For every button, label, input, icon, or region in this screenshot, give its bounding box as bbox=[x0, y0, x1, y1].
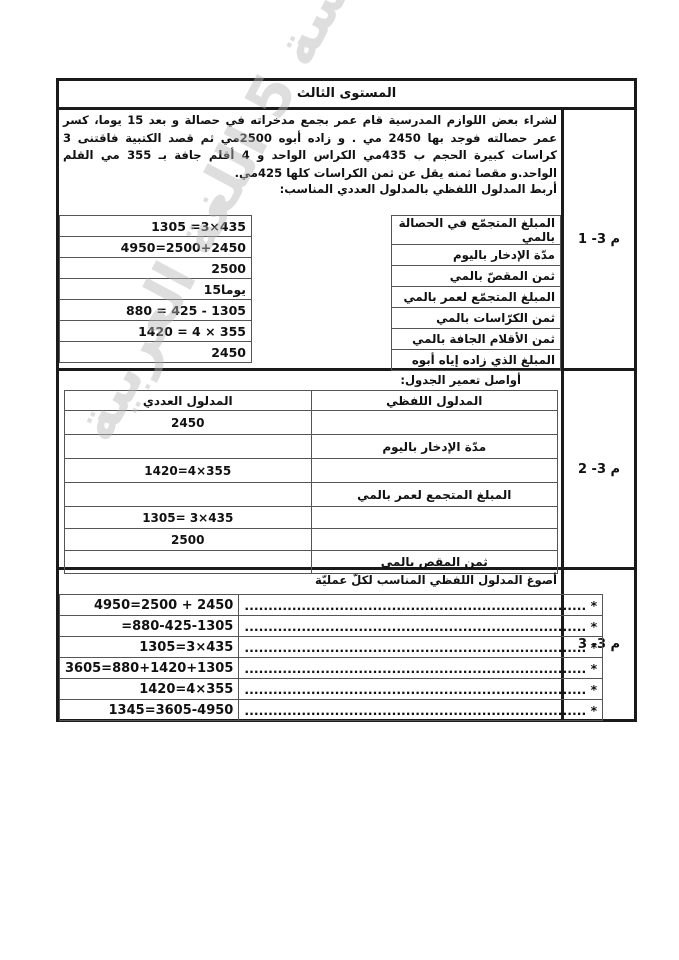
verbal-meaning: مدّة الإدخار باليوم bbox=[392, 245, 561, 266]
section-3-instruction: أصوغ المدلول اللفظي المناسب لكلّ عمليّة bbox=[59, 570, 561, 588]
numeric-values-table: 1305 =3×435 4950=2500+2450 2500 15يوما 8… bbox=[59, 215, 252, 363]
table-header-row: المدلول العددي المدلول اللفظي bbox=[65, 391, 558, 411]
table-row: ثمن الكرّاسات بالمي bbox=[392, 308, 561, 329]
answer-blank[interactable]: * ......................................… bbox=[239, 616, 603, 637]
section-1-content: لشراء بعض اللوازم المدرسية قام عمر بجمع … bbox=[59, 110, 561, 368]
section-1-instruction: أربط المدلول اللفظي بالمدلول العددي المن… bbox=[59, 182, 561, 197]
operations-table: 4950=2500 + 2450 * .....................… bbox=[59, 594, 603, 721]
header-numeric: المدلول العددي bbox=[65, 391, 312, 411]
section-2: م 3- 2 أواصل تعمير الجدول: المدلول العدد… bbox=[59, 371, 634, 570]
numeric-cell: 1420=4×355 bbox=[65, 459, 312, 483]
bullet-star: * bbox=[591, 661, 598, 676]
section-1: م 3- 1 لشراء بعض اللوازم المدرسية قام عم… bbox=[59, 110, 634, 371]
table-row: 1305= 3×435 bbox=[65, 507, 558, 529]
operation: 3605=880+1420+1305 bbox=[60, 658, 239, 679]
numeric-cell[interactable] bbox=[65, 483, 312, 507]
table-row: المبلغ الذي زاده إياه أبوه bbox=[392, 350, 561, 371]
table-row: 4950=2500+2450 bbox=[60, 237, 252, 258]
table-row: 880 = 425 - 1305 bbox=[60, 300, 252, 321]
answer-blank[interactable]: * ......................................… bbox=[239, 637, 603, 658]
table-row: 2450 bbox=[65, 411, 558, 435]
table-row: ثمن الأقلام الجافة بالمي bbox=[392, 329, 561, 350]
verbal-cell[interactable] bbox=[311, 459, 558, 483]
operation: =880-425-1305 bbox=[60, 616, 239, 637]
dotted-line: ........................................… bbox=[244, 661, 586, 676]
table-row: 1420=4×355 * ...........................… bbox=[60, 679, 603, 700]
table-row: 1420 = 4 × 355 bbox=[60, 321, 252, 342]
bullet-star: * bbox=[591, 703, 598, 718]
verbal-cell[interactable] bbox=[311, 507, 558, 529]
operation: 1345=3605-4950 bbox=[60, 700, 239, 721]
verbal-cell[interactable] bbox=[311, 529, 558, 551]
operation: 4950=2500 + 2450 bbox=[60, 595, 239, 616]
table-row: 3605=880+1420+1305 * ...................… bbox=[60, 658, 603, 679]
dotted-line: ........................................… bbox=[244, 640, 586, 655]
table-row: المبلغ المتجمّع في الحصالة بالمي bbox=[392, 216, 561, 245]
dotted-line: ........................................… bbox=[244, 703, 586, 718]
numeric-cell: 2500 bbox=[65, 529, 312, 551]
operation: 1420=4×355 bbox=[60, 679, 239, 700]
table-row: المبلغ المتجمع لعمر بالمي bbox=[65, 483, 558, 507]
bullet-star: * bbox=[591, 619, 598, 634]
table-row: المبلغ المتجمّع لعمر بالمي bbox=[392, 287, 561, 308]
dotted-line: ........................................… bbox=[244, 682, 586, 697]
numeric-cell[interactable] bbox=[65, 435, 312, 459]
verbal-meaning: ثمن الأقلام الجافة بالمي bbox=[392, 329, 561, 350]
numeric-value: 1420 = 4 × 355 bbox=[60, 321, 252, 342]
completion-table: المدلول العددي المدلول اللفظي 2450 مدّة … bbox=[64, 390, 558, 574]
section-3: م 3- 3 أصوغ المدلول اللفظي المناسب لكلّ … bbox=[59, 570, 634, 719]
table-row: مدّة الإدخار باليوم bbox=[392, 245, 561, 266]
numeric-value: 2450 bbox=[60, 342, 252, 363]
table-row: مدّة الإدخار باليوم bbox=[65, 435, 558, 459]
numeric-value: 2500 bbox=[60, 258, 252, 279]
verbal-meaning: المبلغ المتجمّع في الحصالة بالمي bbox=[392, 216, 561, 245]
bullet-star: * bbox=[591, 598, 598, 613]
numeric-value: 1305 =3×435 bbox=[60, 216, 252, 237]
verbal-meaning: ثمن الكرّاسات بالمي bbox=[392, 308, 561, 329]
section-2-label: م 3- 2 bbox=[561, 371, 634, 567]
level-title: المستوى الثالث bbox=[59, 81, 634, 110]
verbal-meaning: المبلغ الذي زاده إياه أبوه bbox=[392, 350, 561, 371]
dotted-line: ........................................… bbox=[244, 598, 586, 613]
numeric-value: 4950=2500+2450 bbox=[60, 237, 252, 258]
table-row: 1305 =3×435 bbox=[60, 216, 252, 237]
verbal-cell: مدّة الإدخار باليوم bbox=[311, 435, 558, 459]
section-2-content: أواصل تعمير الجدول: المدلول العددي المدل… bbox=[59, 371, 561, 567]
numeric-value: 880 = 425 - 1305 bbox=[60, 300, 252, 321]
header-verbal: المدلول اللفظي bbox=[311, 391, 558, 411]
table-row: 1305=3×435 * ...........................… bbox=[60, 637, 603, 658]
bullet-star: * bbox=[591, 682, 598, 697]
table-row: 1345=3605-4950 * .......................… bbox=[60, 700, 603, 721]
numeric-value: 15يوما bbox=[60, 279, 252, 300]
verbal-meaning: المبلغ المتجمّع لعمر بالمي bbox=[392, 287, 561, 308]
table-row: 2450 bbox=[60, 342, 252, 363]
verbal-meanings-table: المبلغ المتجمّع في الحصالة بالمي مدّة ال… bbox=[391, 215, 561, 371]
dotted-line: ........................................… bbox=[244, 619, 586, 634]
answer-blank[interactable]: * ......................................… bbox=[239, 679, 603, 700]
problem-statement: لشراء بعض اللوازم المدرسية قام عمر بجمع … bbox=[59, 110, 561, 182]
table-row: 2500 bbox=[60, 258, 252, 279]
table-row: 1420=4×355 bbox=[65, 459, 558, 483]
numeric-cell: 1305= 3×435 bbox=[65, 507, 312, 529]
section-3-content: أصوغ المدلول اللفظي المناسب لكلّ عمليّة … bbox=[59, 570, 561, 719]
section-2-instruction: أواصل تعمير الجدول: bbox=[59, 371, 561, 388]
answer-blank[interactable]: * ......................................… bbox=[239, 658, 603, 679]
section-1-label: م 3- 1 bbox=[561, 110, 634, 368]
worksheet: المستوى الثالث م 3- 1 لشراء بعض اللوازم … bbox=[56, 78, 637, 722]
table-row: ثمن المقصّ بالمي bbox=[392, 266, 561, 287]
bullet-star: * bbox=[591, 640, 598, 655]
table-row: =880-425-1305 * ........................… bbox=[60, 616, 603, 637]
table-row: 2500 bbox=[65, 529, 558, 551]
numeric-cell: 2450 bbox=[65, 411, 312, 435]
verbal-cell: المبلغ المتجمع لعمر بالمي bbox=[311, 483, 558, 507]
operation: 1305=3×435 bbox=[60, 637, 239, 658]
verbal-meaning: ثمن المقصّ بالمي bbox=[392, 266, 561, 287]
verbal-cell[interactable] bbox=[311, 411, 558, 435]
answer-blank[interactable]: * ......................................… bbox=[239, 595, 603, 616]
table-row: 15يوما bbox=[60, 279, 252, 300]
table-row: 4950=2500 + 2450 * .....................… bbox=[60, 595, 603, 616]
answer-blank[interactable]: * ......................................… bbox=[239, 700, 603, 721]
